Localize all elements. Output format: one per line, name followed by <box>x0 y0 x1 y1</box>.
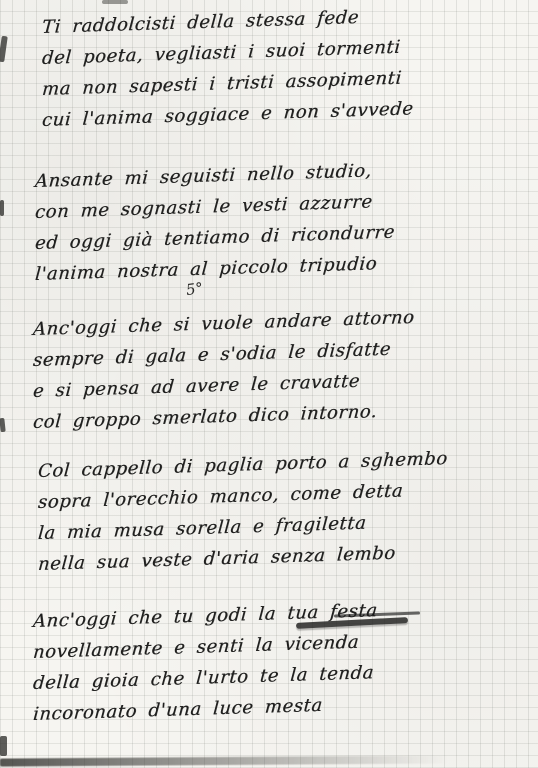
scan-smudge-artifact <box>0 755 448 766</box>
stanza-4: Col cappello di paglia porto a sghembo s… <box>38 456 448 580</box>
manuscript-page: Ti raddolcisti della stessa fede del poe… <box>0 0 538 768</box>
scan-edge-artifact <box>0 418 6 432</box>
stanza-3: Anc'oggi che si vuole andare attorno sem… <box>33 314 415 438</box>
scan-edge-artifact <box>102 0 128 4</box>
stanza-number-label: 5° <box>185 279 204 299</box>
scan-edge-artifact <box>0 36 8 63</box>
scan-edge-artifact <box>0 200 4 216</box>
stanza-2: Ansante mi seguisti nello studio, con me… <box>35 166 395 290</box>
stanza-1: Ti raddolcisti della stessa fede del poe… <box>42 12 414 136</box>
scan-edge-artifact <box>0 736 7 756</box>
